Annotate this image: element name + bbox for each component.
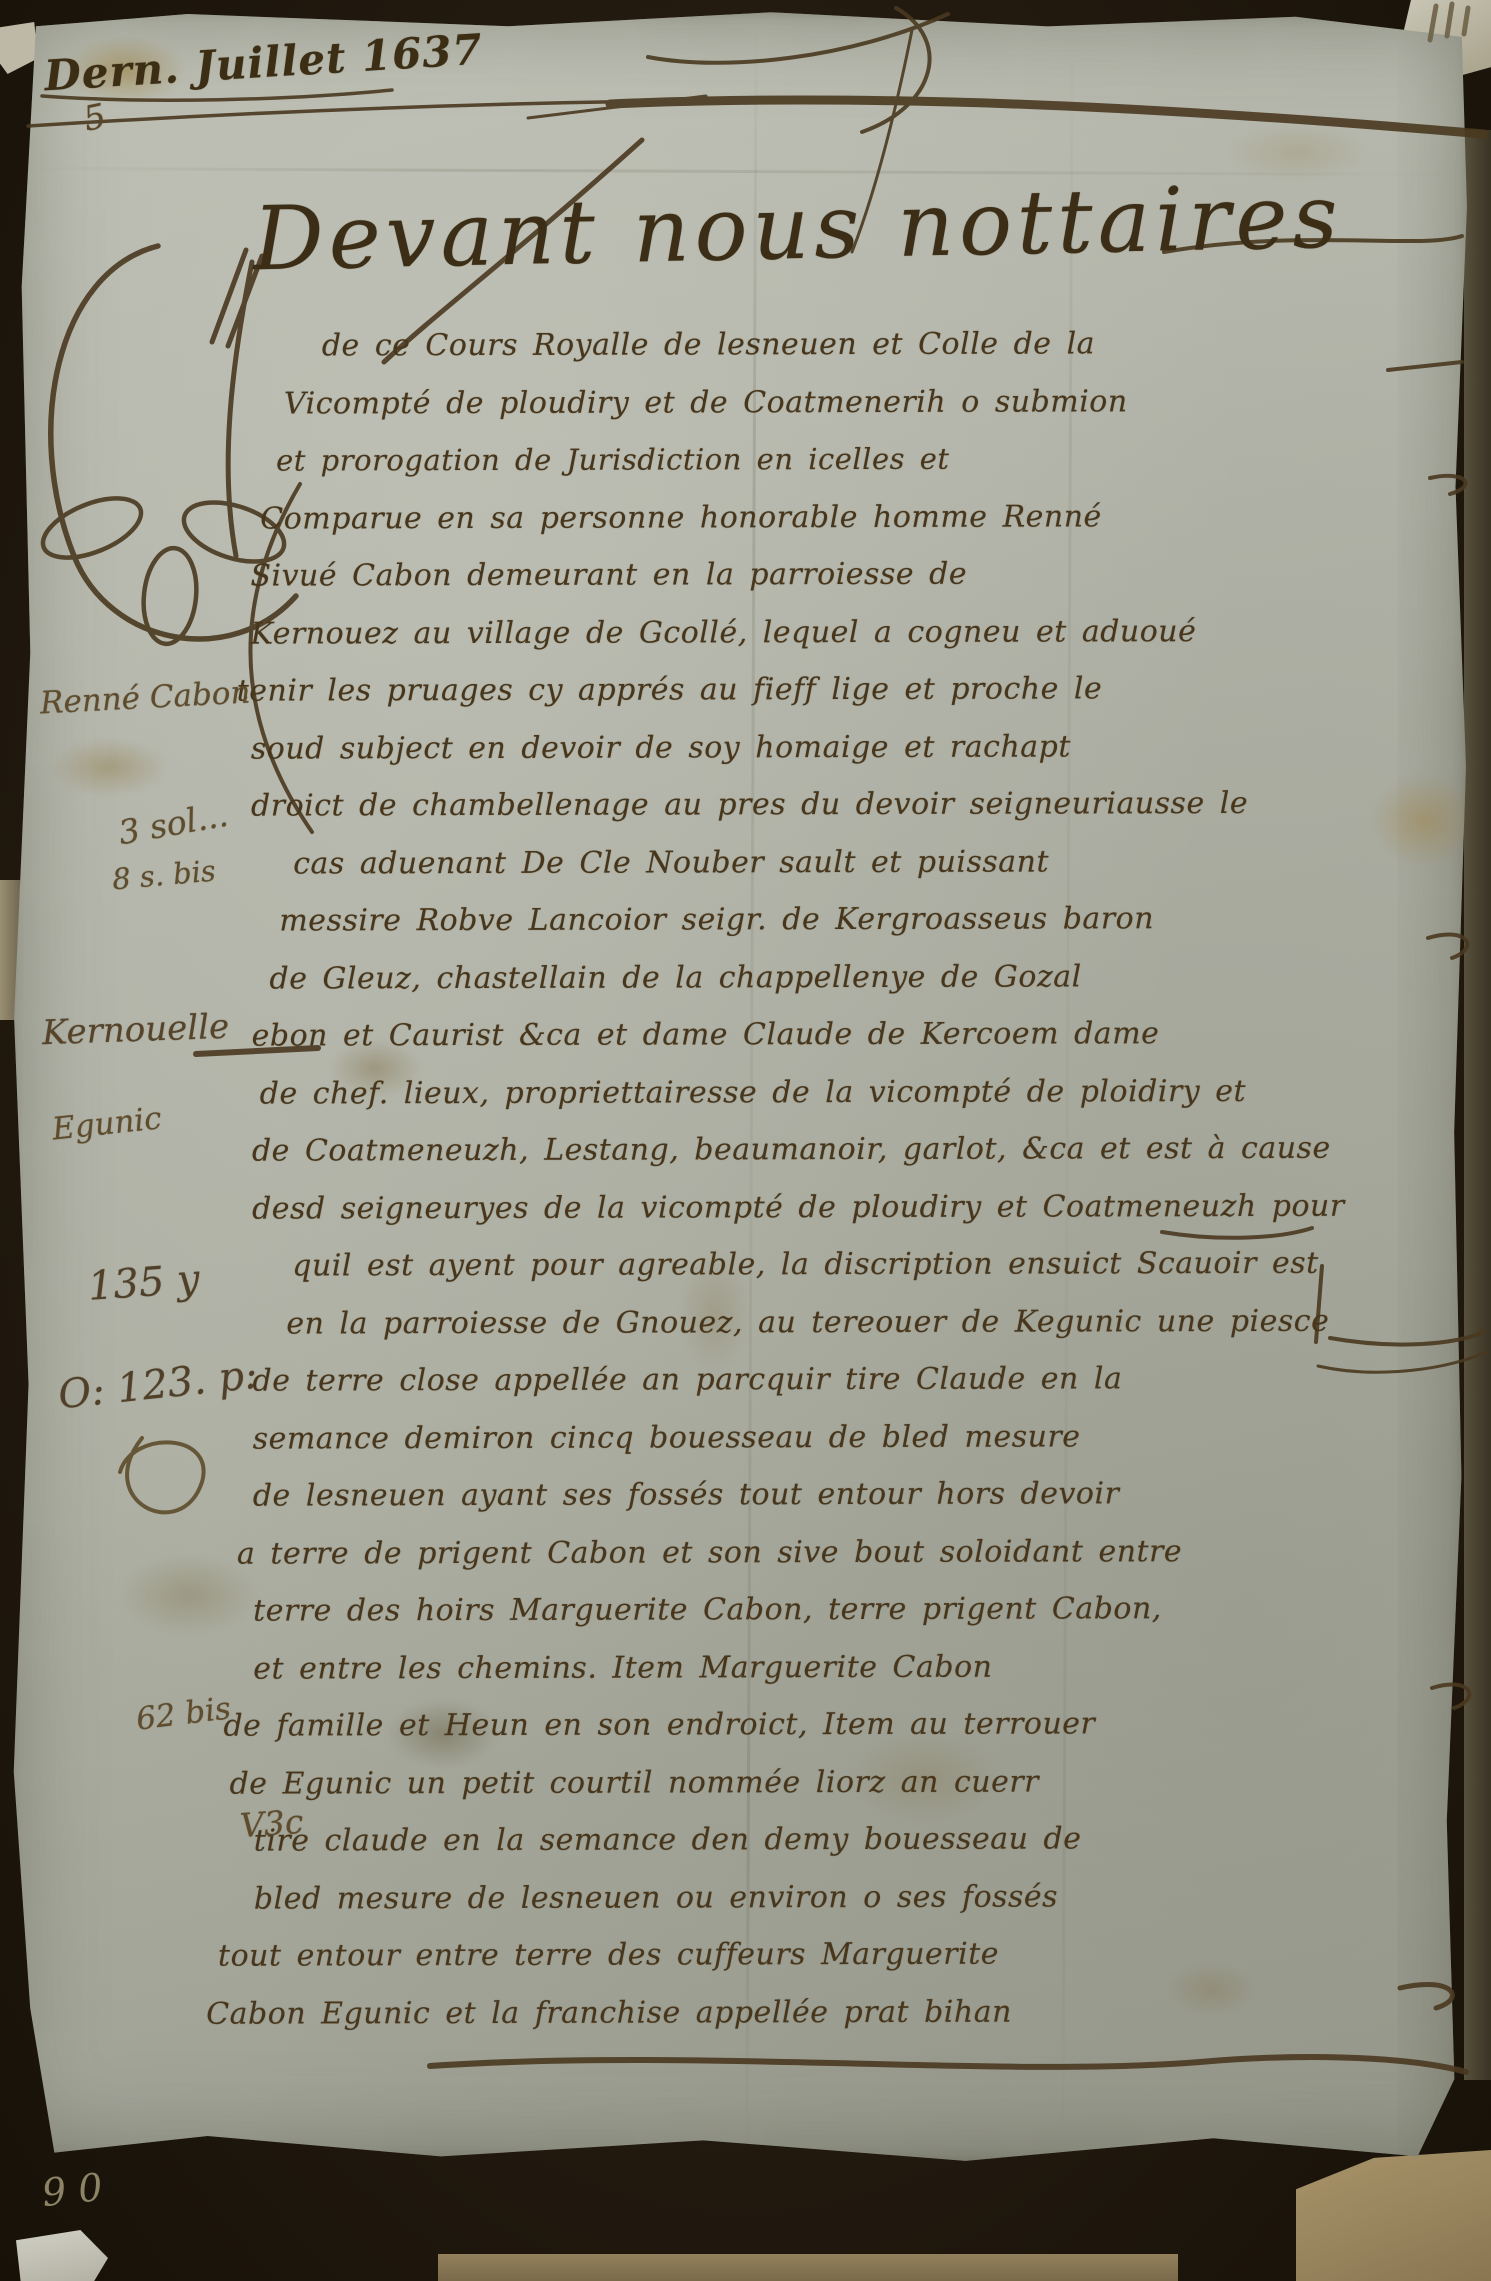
manuscript-line: de Egunic un petit courtil nommée liorz …	[230, 1752, 1459, 1813]
paper-scrap-right	[1464, 130, 1491, 2080]
manuscript-line: droict de chambellenage au pres du devoi…	[251, 774, 1456, 835]
manuscript-line: bled mesure de lesneuen ou environ o ses…	[254, 1867, 1459, 1928]
manuscript-line: desd seigneuryes de la vicompté de ploud…	[252, 1177, 1457, 1238]
manuscript-line: soud subject en devoir de soy homaige et…	[251, 717, 1456, 778]
manuscript-line: de terre close appellée an parcquir tire…	[252, 1349, 1457, 1410]
manuscript-line: tout entour entre terre des cuffeurs Mar…	[218, 1924, 1459, 1985]
manuscript-line: Sivué Cabon demeurant en la parroiesse d…	[250, 544, 1455, 605]
paper-scrap-bottom	[438, 2254, 1178, 2281]
manuscript-line: messire Robve Lancoior seigr. de Kergroa…	[279, 889, 1456, 950]
manuscript-line: Comparue en sa personne honorable homme …	[260, 487, 1455, 548]
paper-scrap-bottom-left	[16, 2230, 108, 2281]
paper-scrap-bottom-right	[1296, 2150, 1491, 2281]
manuscript-line: tenir les pruages cy apprés au fieff lig…	[237, 659, 1456, 720]
bottom-edge-marks: 9 0	[40, 2165, 105, 2215]
manuscript-line: en la parroiesse de Gnouez, au tereouer …	[286, 1292, 1457, 1353]
margin-note-135: 135 y	[87, 1256, 202, 1310]
manuscript-line: terre des hoirs Marguerite Cabon, terre …	[253, 1579, 1458, 1640]
manuscript-line: tire claude en la semance den demy boues…	[254, 1809, 1459, 1870]
manuscript-line: semance demiron cincq bouesseau de bled …	[253, 1407, 1458, 1468]
manuscript-line: a terre de prigent Cabon et son sive bou…	[237, 1522, 1458, 1583]
ink-stain	[49, 737, 169, 798]
manuscript-line: et prorogation de Jurisdiction en icelle…	[276, 429, 1455, 490]
manuscript-line: et entre les chemins. Item Marguerite Ca…	[253, 1637, 1458, 1698]
manuscript-line: ebon et Caurist &ca et dame Claude de Ke…	[252, 1004, 1457, 1065]
manuscript-line: Kernouez au village de Gcollé, lequel a …	[250, 602, 1455, 663]
manuscript-line: de chef. lieux, propriettairesse de la v…	[260, 1062, 1457, 1123]
margin-note-kernouelle: Kernouelle	[41, 1007, 229, 1054]
body-text: de ce Cours Royalle de lesneuen et Colle…	[250, 314, 1460, 2042]
manuscript-line: de Coatmeneuzh, Lestang, beaumanoir, gar…	[252, 1119, 1457, 1180]
manuscript-line: de famille et Heun en son endroict, Item…	[223, 1694, 1458, 1755]
manuscript-line: de Gleuz, chastellain de la chappellenye…	[269, 947, 1456, 1008]
manuscript-line: de ce Cours Royalle de lesneuen et Colle…	[322, 314, 1455, 374]
margin-note-v3c: V3c	[239, 1802, 305, 1845]
paper-scrap-top-left	[0, 22, 38, 74]
manuscript-line: quil est ayent pour agreable, la discrip…	[292, 1234, 1457, 1295]
manuscript-line: Vicompté de ploudiry et de Coatmenerih o…	[284, 372, 1455, 433]
manuscript-line: de lesneuen ayant ses fossés tout entour…	[253, 1464, 1458, 1525]
manuscript-line: Cabon Egunic et la franchise appellée pr…	[206, 1982, 1459, 2043]
manuscript-photo: Dern. Juillet 1637 5 Devant nous nottair…	[0, 0, 1491, 2281]
manuscript-line: cas aduenant De Cle Nouber sault et puis…	[293, 832, 1456, 893]
